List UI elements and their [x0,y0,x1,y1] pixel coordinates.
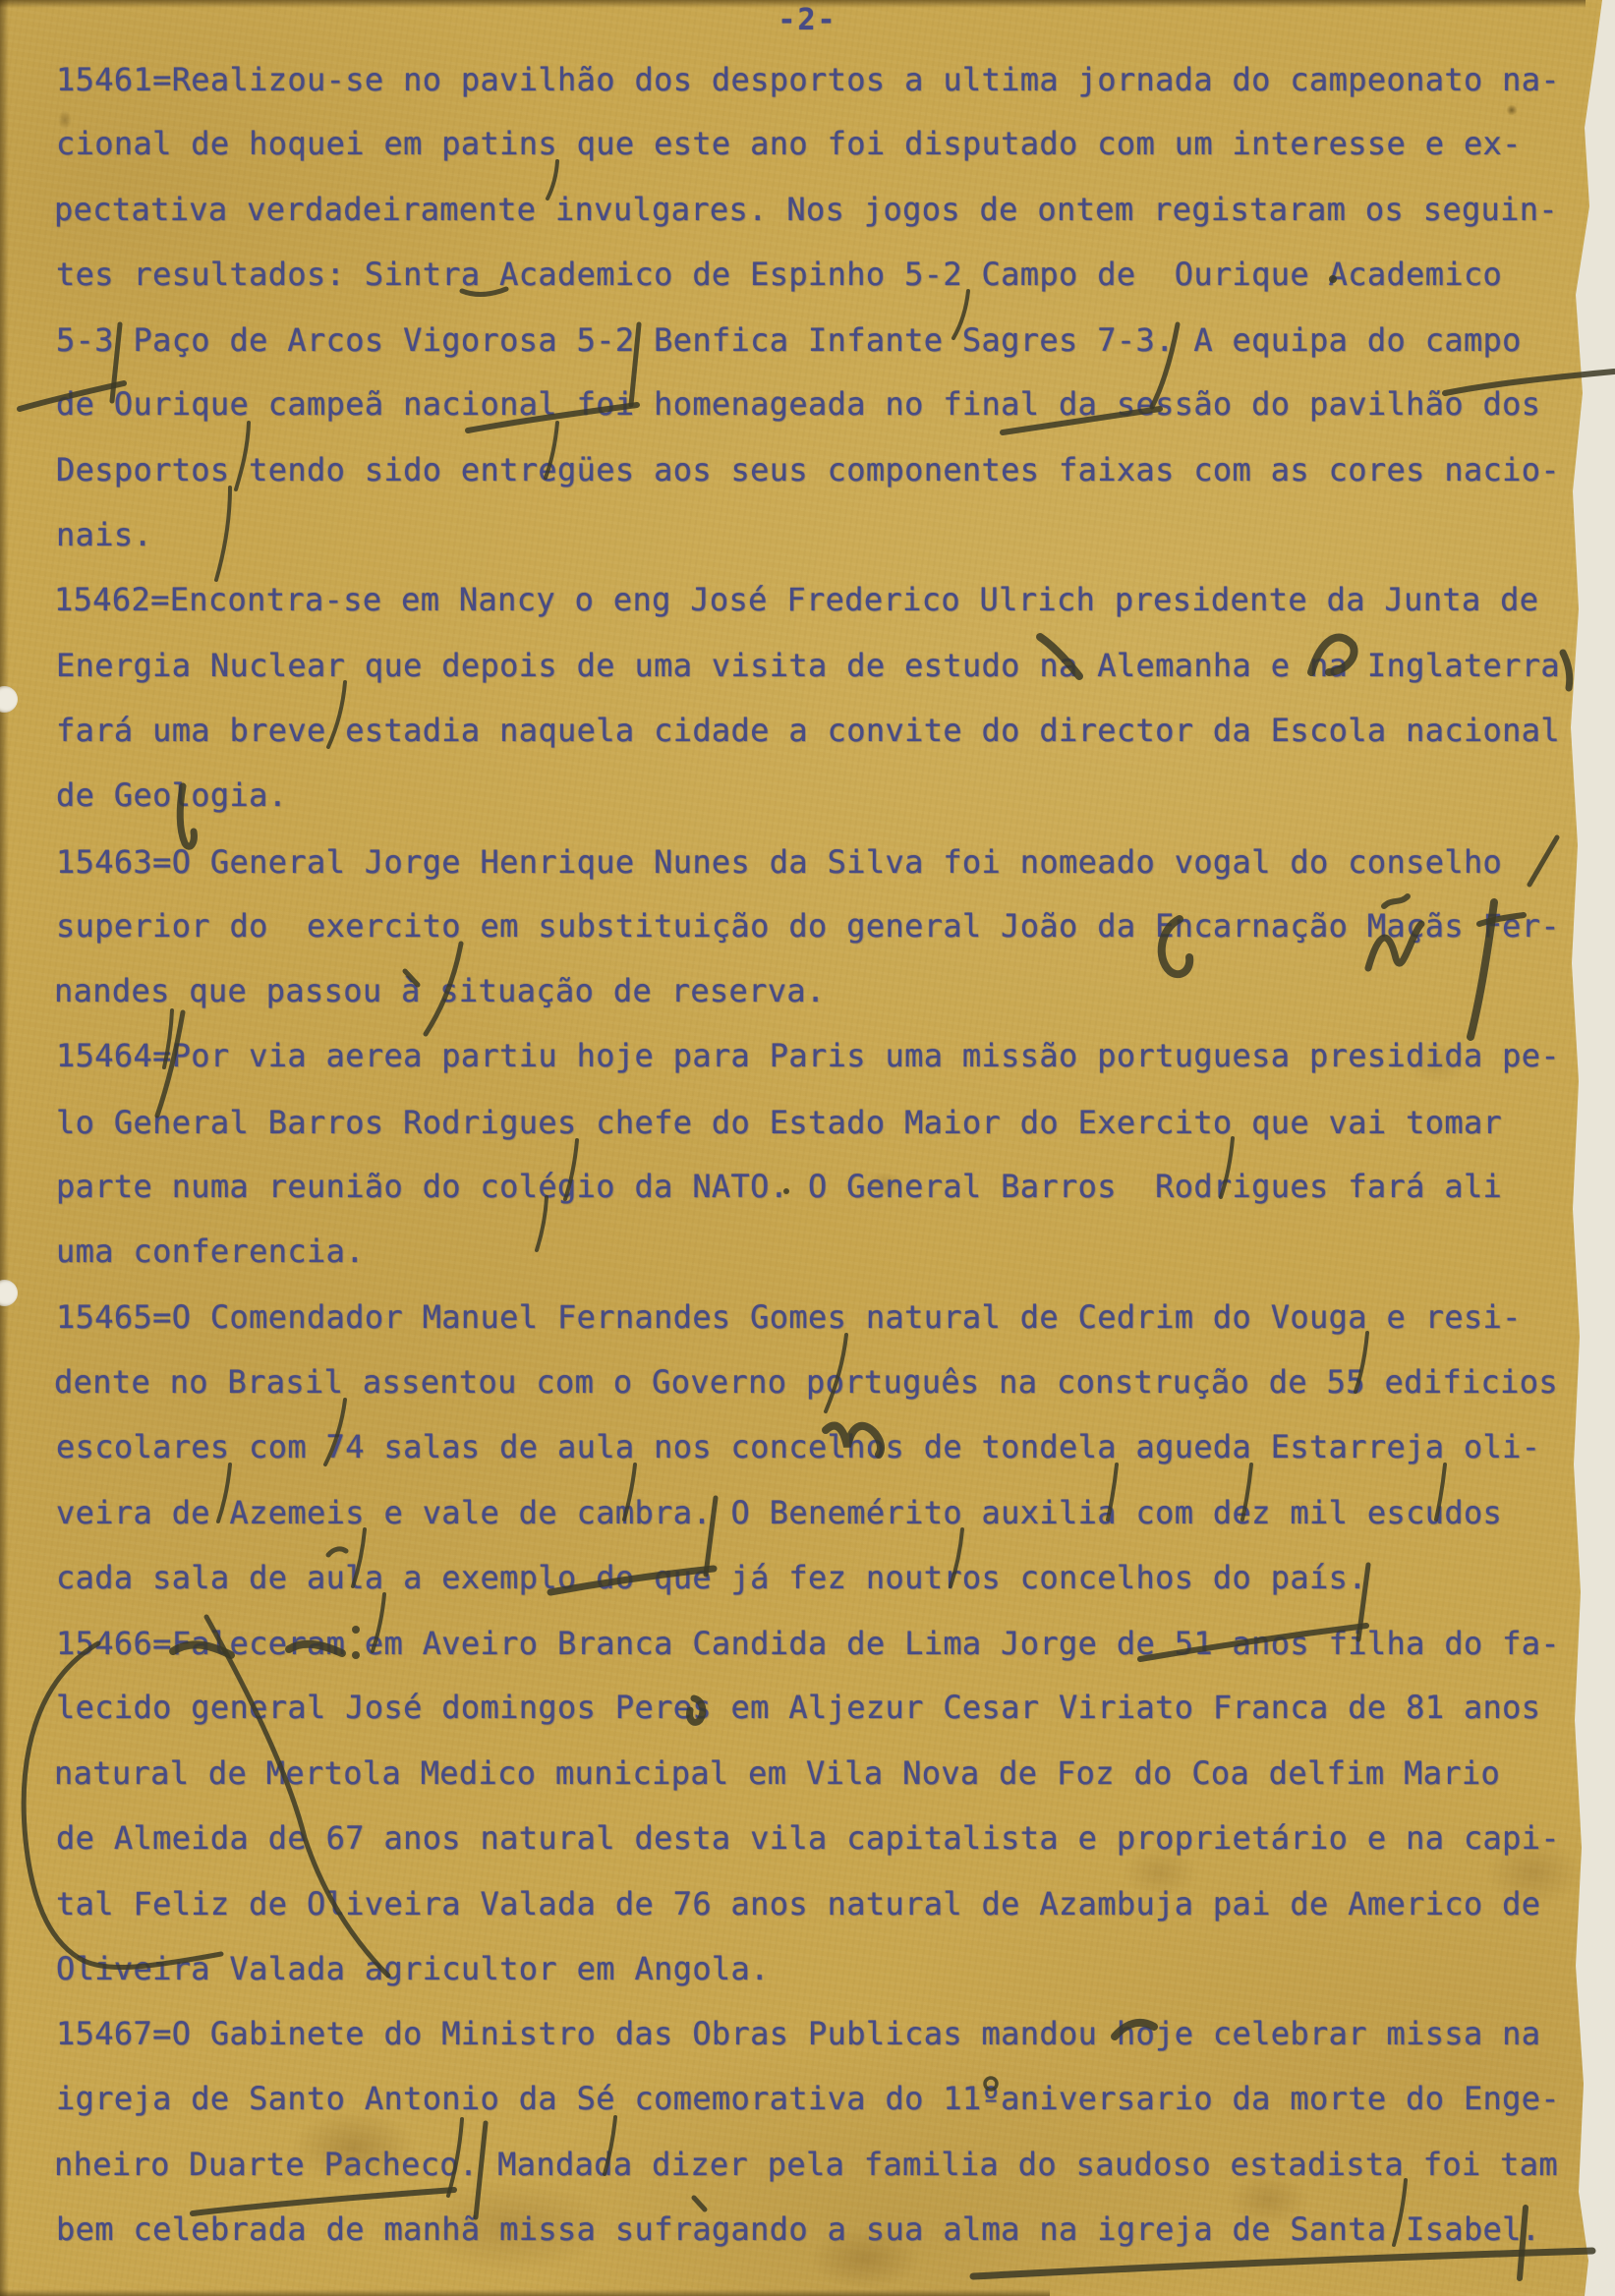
text-line: superior do exercito em substituição do … [56,893,1560,958]
paper-edge-bottom [0,2289,1050,2296]
text-line: fará uma breve estadia naquela cidade a … [56,698,1560,763]
text-line: pectativa verdadeiramente invulgares. No… [54,177,1558,242]
text-line: Desportos tendo sido entregües aos seus … [56,437,1560,502]
text-line: natural de Mertola Medico municipal em V… [54,1741,1558,1806]
text-line: lo General Barros Rodrigues chefe do Est… [56,1090,1560,1155]
text-line: nheiro Duarte Pacheco. Mandada dizer pel… [54,2132,1558,2197]
text-line: uma conferencia. [56,1219,1560,1284]
text-line: veira de Azemeis e vale de cambra. O Ben… [56,1480,1560,1545]
text-line: 15467=O Gabinete do Ministro das Obras P… [56,2001,1560,2066]
text-line: lecido general José domingos Peres em Al… [56,1675,1560,1740]
text-line: bem celebrada de manhã missa sufragando … [56,2197,1560,2262]
text-line: 15466=Faleceram em Aveiro Branca Candida… [56,1611,1560,1676]
text-line: 15462=Encontra-se em Nancy o eng José Fr… [54,567,1558,632]
typewritten-lines: 15461=Realizou-se no pavilhão dos despor… [56,46,1560,2262]
text-line: tes resultados: Sintra Academico de Espi… [56,242,1560,307]
paper-edge-left [0,0,9,2296]
page-number: -2- [0,3,1615,37]
text-line: parte numa reunião do colégio da NATO. O… [56,1154,1560,1219]
text-line: igreja de Santo Antonio da Sé comemorati… [56,2066,1560,2131]
text-line: de Almeida de 67 anos natural desta vila… [56,1806,1560,1870]
text-line: cional de hoquei em patins que este ano … [56,111,1560,176]
text-line: tal Feliz de Oliveira Valada de 76 anos … [56,1871,1560,1936]
text-line: Energia Nuclear que depois de uma visita… [56,633,1560,698]
text-line: 15463=O General Jorge Henrique Nunes da … [56,830,1560,894]
text-line: cada sala de aula a exemplo do que já fe… [56,1545,1560,1610]
text-line: 5-3 Paço de Arcos Vigorosa 5-2 Benfica I… [56,308,1560,373]
text-line: 15464=Por via aerea partiu hoje para Par… [56,1023,1560,1088]
text-line: 15465=O Comendador Manuel Fernandes Gome… [56,1285,1560,1349]
text-line: de Ourique campeã nacional foi homenagea… [56,372,1560,436]
text-line: de Geologia. [56,763,1560,828]
text-line: nais. [56,502,1560,567]
text-line: Oliveira Valada agricultor em Angola. [56,1936,1560,2001]
scanned-page: -2- 15461=Realizou-se no pavilhão dos de… [0,0,1615,2296]
text-line: dente no Brasil assentou com o Governo p… [54,1349,1558,1414]
paper-sheet: -2- 15461=Realizou-se no pavilhão dos de… [0,0,1615,2296]
text-line: nandes que passou à situação de reserva. [54,958,1558,1023]
text-line: escolares com 74 salas de aula nos conce… [56,1414,1560,1479]
text-line: 15461=Realizou-se no pavilhão dos despor… [56,47,1560,112]
